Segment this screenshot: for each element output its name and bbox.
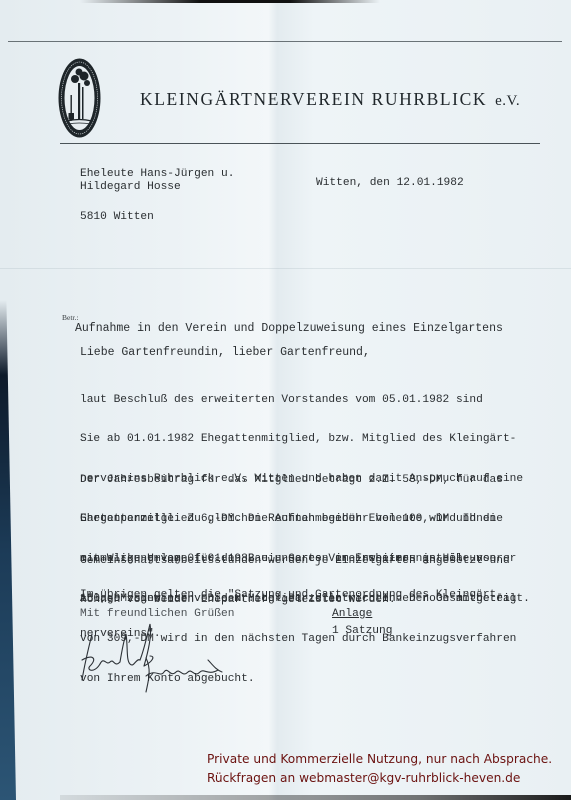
paragraph-line: Ehegattenmitglied 6,-DM. Die Aufnahmegeb…	[80, 513, 516, 526]
bottom-edge-shadow	[60, 795, 571, 800]
contact-notice-line: Rückfragen an webmaster@kgv-ruhrblick-he…	[207, 769, 552, 788]
letterhead-rule	[60, 143, 540, 144]
paragraph-line: Sie ab 01.01.1982 Ehegattenmitglied, bzw…	[80, 433, 530, 446]
date-line: Witten, den 12.01.1982	[316, 177, 464, 190]
usage-notice-line: Private und Kommerzielle Nutzung, nur na…	[207, 750, 552, 769]
paper-fold	[0, 268, 571, 269]
recipient-line-1: Eheleute Hans-Jürgen u.	[80, 168, 234, 181]
organization-suffix: e.V.	[495, 93, 520, 109]
subject-label: Betr.:	[62, 313, 78, 322]
top-edge-shadow	[80, 0, 380, 3]
paragraph-line: laut Beschluß des erweiterten Vorstandes…	[80, 394, 530, 407]
paragraph-line: Im übrigen gelten die "Satzung und Garte…	[80, 589, 503, 602]
top-rule	[8, 41, 562, 42]
recipient-line-2: Hildegard Hosse	[80, 181, 234, 194]
attachment-label: Anlage	[332, 608, 372, 621]
association-emblem-icon	[57, 57, 102, 139]
attachment-item: 1 Satzung	[332, 625, 392, 638]
handwritten-signature-icon	[78, 620, 238, 695]
usage-notice-watermark: Private und Kommerzielle Nutzung, nur na…	[207, 750, 552, 788]
recipient-city: 5810 Witten	[80, 211, 154, 224]
organization-name: KLEINGÄRTNERVEREIN RUHRBLICK e.V.	[140, 89, 520, 110]
paragraph-line: Der Jahresbeitrag für das Mitglied beträ…	[80, 474, 516, 487]
organization-title: KLEINGÄRTNERVEREIN RUHRBLICK	[140, 89, 487, 109]
salutation: Liebe Gartenfreundin, lieber Gartenfreun…	[80, 346, 370, 359]
subject-line: Aufnahme in den Verein und Doppelzuweisu…	[75, 322, 503, 335]
recipient-address: Eheleute Hans-Jürgen u.Hildegard Hosse	[80, 168, 234, 195]
